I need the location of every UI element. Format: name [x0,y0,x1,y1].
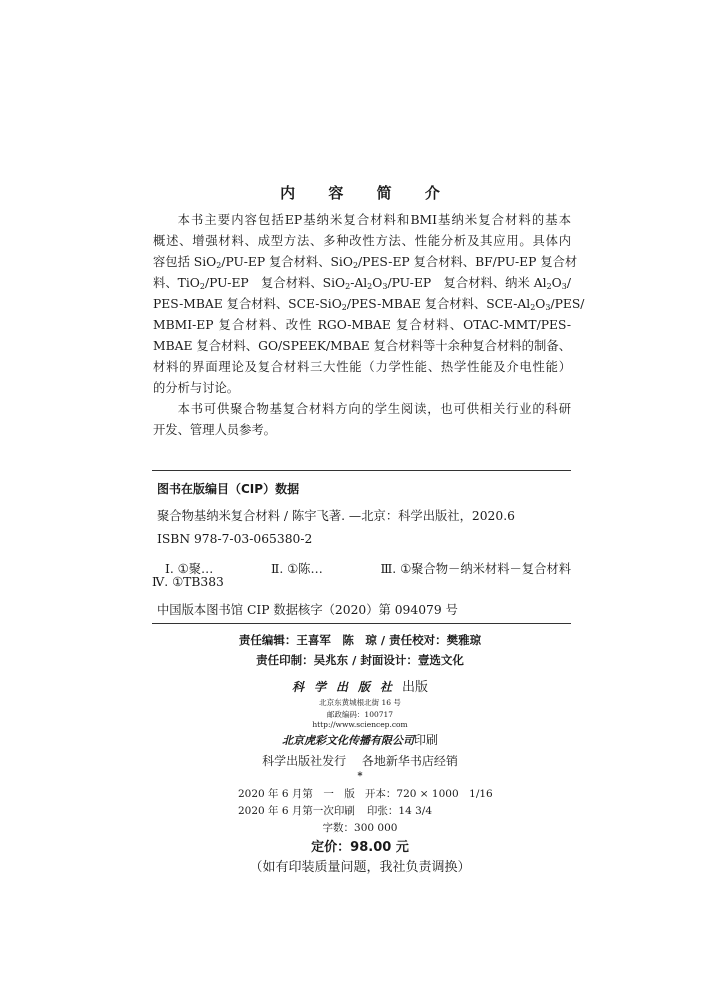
production-credits: 责任印制：吴兆东 / 封面设计：壹选文化 [0,652,720,668]
summary-line: 本书主要内容包括EP基纳米复合材料和BMI基纳米复合材料的基本 [153,210,571,231]
printing-date: 2020 年 6 月第一次印刷 [238,805,355,817]
quality-notice: （如有印装质量问题，我社负责调换） [0,856,720,875]
cip-bottom-rule [152,623,571,624]
isbn: ISBN 978-7-03-065380-2 [157,532,312,546]
distribution-line: 科学出版社发行 各地新华书店经销 [0,752,720,769]
word-count: 字数：300 000 [0,820,720,835]
summary-line: 开发、管理人员参考。 [153,420,571,441]
summary-line: MBAE 复合材料、GO/SPEEK/MBAE 复合材料等十余种复合材料的制备、 [153,336,571,357]
summary-paragraph-1: 本书主要内容包括EP基纳米复合材料和BMI基纳米复合材料的基本 概述、增强材料、… [153,210,571,399]
cip-heading: 图书在版编目（CIP）数据 [157,480,299,497]
editor-credits: 责任编辑：王喜军 陈 琼 / 责任校对：樊雅琼 [0,632,720,648]
classification-item: Ⅳ. ①TB383 [152,575,224,589]
summary-line: 材料的界面理论及复合材料三大性能（力学性能、热学性能及介电性能） [153,357,571,378]
summary-paragraph-2: 本书可供聚合物基复合材料方向的学生阅读，也可供相关行业的科研 开发、管理人员参考… [153,399,571,441]
summary-line: 料、TiO2/PU-EP 复合材料、SiO2-Al2O3/PU-EP 复合材料、… [153,273,571,294]
publisher-postcode: 邮政编码：100717 [0,709,720,720]
publisher-line: 科学出版社出版 [0,676,720,695]
printer-line: 北京虎彩文化传播有限公司印刷 [0,731,720,748]
edition-line: 2020 年 6 月第 一 版开本：720 × 1000 1/16 [238,786,493,801]
printer-suffix: 印刷 [414,733,438,747]
summary-line: 本书可供聚合物基复合材料方向的学生阅读，也可供相关行业的科研 [153,399,571,420]
edition-date: 2020 年 6 月第 一 版 [238,788,355,800]
printer-name: 北京虎彩文化传播有限公司 [282,734,414,747]
separator-star: * [0,771,720,782]
summary-line: 容包括 SiO2/PU-EP 复合材料、SiO2/PES-EP 复合材料、BF/… [153,252,571,273]
publisher-name: 科学出版社 [292,680,402,694]
cip-classification: Ⅰ. ①聚… Ⅱ. ①陈… Ⅲ. ①聚合物－纳米材料－复合材料 [165,559,571,577]
cip-top-rule [152,470,571,471]
cip-record: 聚合物基纳米复合材料 / 陈宇飞著. —北京：科学出版社，2020.6 [157,506,515,524]
cip-verification-number: 中国版本图书馆 CIP 数据核字（2020）第 094079 号 [157,600,458,618]
book-format: 开本：720 × 1000 1/16 [365,788,493,800]
publisher-address: 北京东黄城根北街 16 号 [0,697,720,708]
printed-sheets: 印张：14 3/4 [367,805,432,817]
printing-line: 2020 年 6 月第一次印刷印张：14 3/4 [238,803,432,818]
summary-line: 的分析与讨论。 [153,378,571,399]
page-title: 内 容 简 介 [0,182,720,203]
summary-line: 概述、增强材料、成型方法、多种改性方法、性能分析及其应用。具体内 [153,231,571,252]
price: 定价：98.00 元 [0,836,720,855]
publisher-url: http://www.sciencep.com [0,720,720,729]
classification-item: Ⅱ. ①陈… [271,559,323,577]
publisher-suffix: 出版 [402,680,428,695]
summary-line: PES-MBAE 复合材料、SCE-SiO2/PES-MBAE 复合材料、SCE… [153,294,571,315]
content-summary: 本书主要内容包括EP基纳米复合材料和BMI基纳米复合材料的基本 概述、增强材料、… [153,210,571,441]
summary-line: MBMI-EP 复合材料、改性 RGO-MBAE 复合材料、OTAC-MMT/P… [153,315,571,336]
classification-item: Ⅲ. ①聚合物－纳米材料－复合材料 [380,559,571,577]
